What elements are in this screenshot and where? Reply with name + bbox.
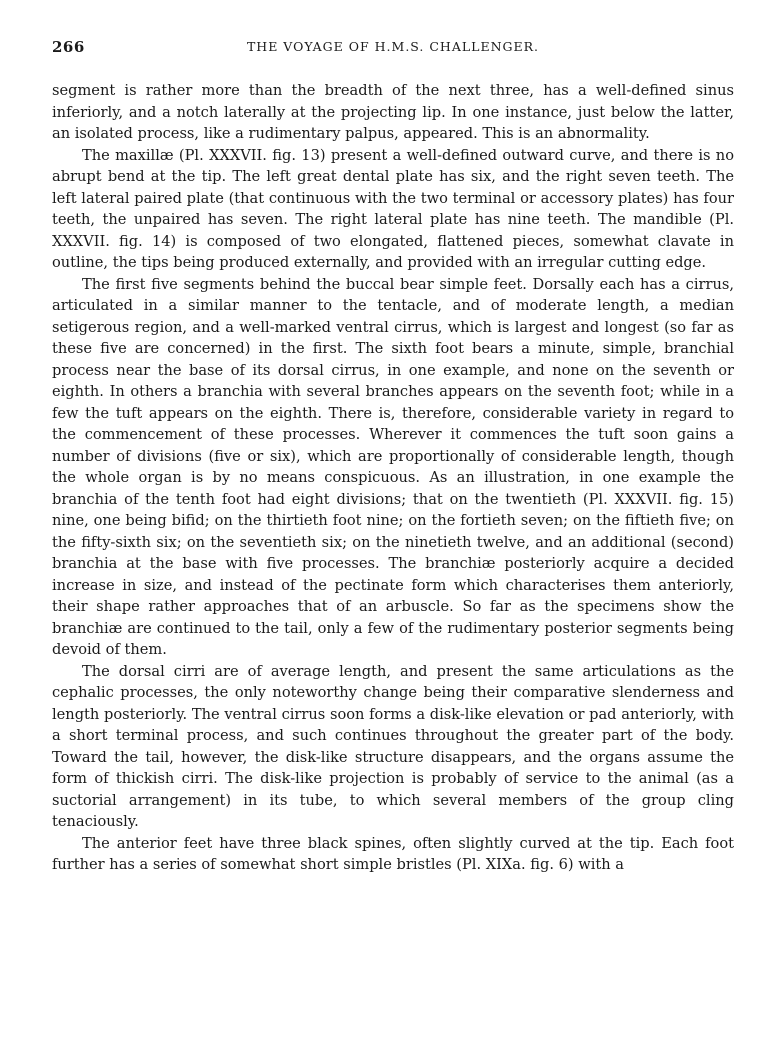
paragraph-maxillae: The maxillæ (Pl. XXXVII. fig. 13) presen… [52, 145, 734, 274]
page-header: 266 THE VOYAGE OF H.M.S. CHALLENGER. [52, 38, 734, 64]
document-page: 266 THE VOYAGE OF H.M.S. CHALLENGER. seg… [52, 38, 734, 876]
running-title: THE VOYAGE OF H.M.S. CHALLENGER. [52, 39, 734, 54]
paragraph-feet-branchiae: The first five segments behind the bucca… [52, 274, 734, 661]
body-text: segment is rather more than the breadth … [52, 80, 734, 876]
paragraph-continuation: segment is rather more than the breadth … [52, 80, 734, 145]
paragraph-dorsal-cirri: The dorsal cirri are of average length, … [52, 661, 734, 833]
paragraph-anterior-feet: The anterior feet have three black spine… [52, 833, 734, 876]
